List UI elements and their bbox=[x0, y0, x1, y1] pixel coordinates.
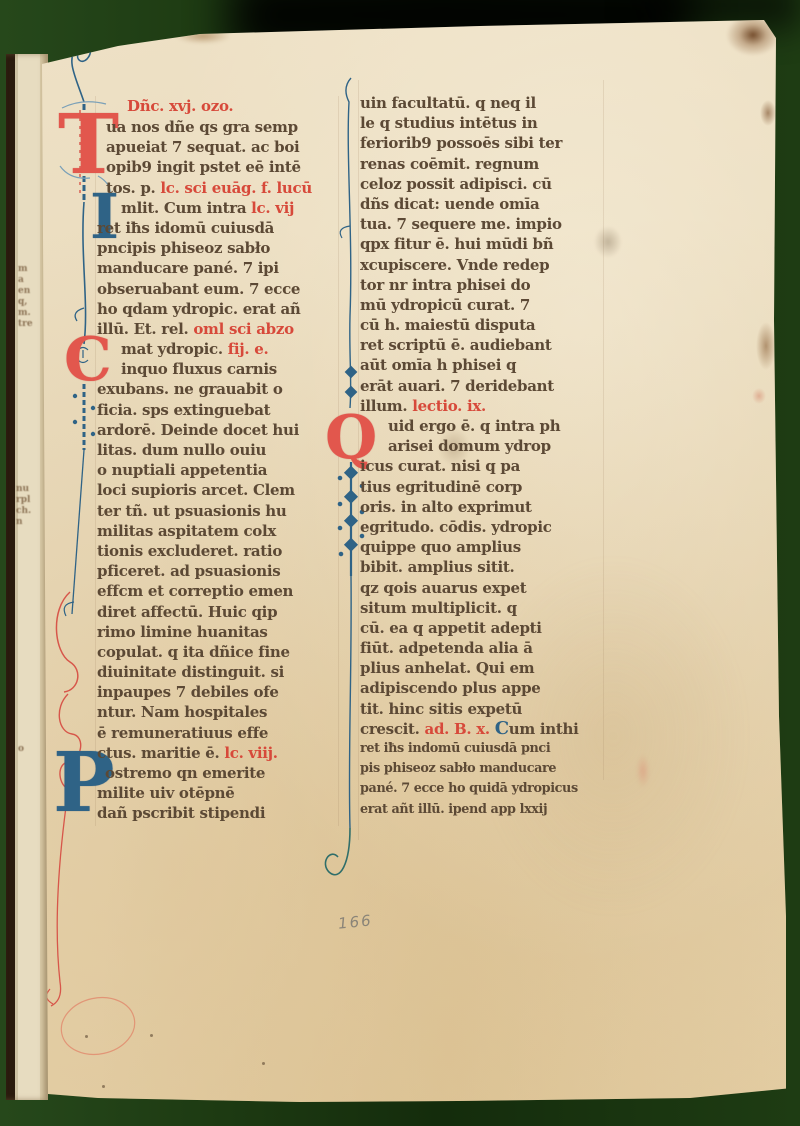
text-line: effcm et correptio emen bbox=[97, 581, 312, 601]
text-line: opib9 ingit pstet eē intē bbox=[97, 157, 312, 177]
text-line: tor nr intra phisei do bbox=[360, 275, 578, 295]
body-text: inquo fluxus carnis bbox=[121, 360, 277, 378]
body-text: icus curat. nisi q pa bbox=[360, 457, 520, 475]
body-text: dañ pscribit stipendi bbox=[97, 804, 265, 822]
body-text: ter tñ. ut psuasionis hu bbox=[97, 502, 287, 520]
text-line: ostremo qn emerite bbox=[97, 763, 312, 783]
body-text: loci supioris arcet. Clem bbox=[97, 481, 295, 499]
text-line: militas aspitatem colx bbox=[97, 521, 312, 541]
body-text: ostremo qn emerite bbox=[105, 764, 265, 782]
body-text: tua. 7 sequere me. impio bbox=[360, 215, 562, 233]
body-text: ho qdam ydropic. erat añ bbox=[97, 300, 301, 318]
body-text: apueiat 7 sequat. ac boi bbox=[106, 138, 299, 156]
rubric-text: lc. sci euāg. f. lucū bbox=[160, 179, 312, 197]
text-line: erāt auari. 7 deridebant bbox=[360, 376, 578, 396]
text-line: pficeret. ad psuasionis bbox=[97, 561, 312, 581]
body-text: erāt auari. 7 deridebant bbox=[360, 377, 554, 395]
text-line: tos. p. lc. sci euāg. f. lucū bbox=[97, 178, 312, 198]
text-line: mū ydropicū curat. 7 bbox=[360, 295, 578, 315]
body-text: um inthi bbox=[509, 720, 579, 738]
text-line: o nuptiali appetentia bbox=[97, 460, 312, 480]
text-line: ret iħs indomū cuiusdā pnci bbox=[360, 739, 578, 759]
body-text: tit. hinc sitis expetū bbox=[360, 700, 522, 718]
body-text: crescit. bbox=[360, 720, 425, 738]
body-text: militas aspitatem colx bbox=[97, 522, 276, 540]
body-text: copulat. q ita dñice fine bbox=[97, 643, 290, 661]
body-text: uid ergo ē. q intra ph bbox=[388, 417, 560, 435]
text-line: uid ergo ē. q intra ph bbox=[360, 416, 578, 436]
rubric-text: fij. e. bbox=[228, 340, 269, 358]
text-line: dañ pscribit stipendi bbox=[97, 803, 312, 823]
text-line: cū. ea q appetit adepti bbox=[360, 618, 578, 638]
body-text: ardorē. Deinde docet hui bbox=[97, 421, 299, 439]
photo-of-manuscript: { "page": { "folio_number": "166", "desc… bbox=[0, 0, 800, 1126]
text-line: tua. 7 sequere me. impio bbox=[360, 214, 578, 234]
body-text: tor nr intra phisei do bbox=[360, 276, 530, 294]
body-text: xcupiscere. Vnde redep bbox=[360, 256, 549, 274]
text-line: copulat. q ita dñice fine bbox=[97, 642, 312, 662]
body-text: manducare pané. 7 ipi bbox=[97, 259, 279, 277]
text-line: qz qois auarus expet bbox=[360, 578, 578, 598]
body-text: diuinitate distinguit. si bbox=[97, 663, 284, 681]
body-text: arisei domum ydrop bbox=[388, 437, 551, 455]
text-line: quippe quo amplius bbox=[360, 537, 578, 557]
text-line: crescit. ad. B. x. Cum inthi bbox=[360, 719, 578, 739]
text-line: mat ydropic. fij. e. bbox=[97, 339, 312, 359]
text-line: icus curat. nisi q pa bbox=[360, 456, 578, 476]
text-line: situm multiplicit. q bbox=[360, 598, 578, 618]
text-line: plius anhelat. Qui em bbox=[360, 658, 578, 678]
text-line: pané. 7 ecce ho quidā ydropicus bbox=[360, 779, 578, 799]
body-text: pficeret. ad psuasionis bbox=[97, 562, 280, 580]
text-line: qpx fitur ē. hui mūdi bñ bbox=[360, 234, 578, 254]
text-line: fiūt. adpetenda alia ā bbox=[360, 638, 578, 658]
text-line: ntur. Nam hospitales bbox=[97, 702, 312, 722]
body-text: quippe quo amplius bbox=[360, 538, 521, 556]
text-line: ardorē. Deinde docet hui bbox=[97, 420, 312, 440]
body-text: obseruabant eum. 7 ecce bbox=[97, 280, 300, 298]
text-line: pis phiseoz sabło manducare bbox=[360, 759, 578, 779]
page-stack-edge: m a en q, m. tre nu rpl ch. n o bbox=[6, 54, 48, 1100]
text-line: diret affectū. Huic qip bbox=[97, 602, 312, 622]
body-text: tius egritudinē corp bbox=[360, 478, 522, 496]
rubric-text: ad. B. x. bbox=[425, 720, 495, 738]
body-text: oris. in alto exprimut bbox=[360, 498, 532, 516]
text-line: tit. hinc sitis expetū bbox=[360, 699, 578, 719]
body-text: egritudo. cōdis. ydropic bbox=[360, 518, 552, 536]
bleed-through-text: o bbox=[18, 744, 24, 755]
text-line: exubans. ne grauabit o bbox=[97, 379, 312, 399]
body-text: fiūt. adpetenda alia ā bbox=[360, 639, 533, 657]
body-text: adipiscendo plus appe bbox=[360, 679, 541, 697]
body-text: mlit. Cum intra bbox=[121, 199, 251, 217]
text-line: uin facultatū. q neq il bbox=[360, 93, 578, 113]
body-text: dñs dicat: uende omīa bbox=[360, 195, 539, 213]
text-line: ua nos dñe qs gra semp bbox=[97, 117, 312, 137]
body-text: cū. ea q appetit adepti bbox=[360, 619, 542, 637]
text-line: inquo fluxus carnis bbox=[97, 359, 312, 379]
body-text: aūt omīa h phisei q bbox=[360, 356, 516, 374]
text-line: tionis excluderet. ratio bbox=[97, 541, 312, 561]
text-line: tius egritudinē corp bbox=[360, 477, 578, 497]
blue-initial-inline: C bbox=[495, 718, 509, 739]
body-text: ret iħs indomū cuiusdā pnci bbox=[360, 741, 550, 756]
body-text: effcm et correptio emen bbox=[97, 582, 293, 600]
text-line: rimo limine huanitas bbox=[97, 622, 312, 642]
text-line: milite uiv otēpnē bbox=[97, 783, 312, 803]
text-line: adipiscendo plus appe bbox=[360, 678, 578, 698]
body-text: feriorib9 possoēs sibi ter bbox=[360, 134, 562, 152]
body-text: pané. 7 ecce ho quidā ydropicus bbox=[360, 781, 578, 796]
text-line: arisei domum ydrop bbox=[360, 436, 578, 456]
bleed-through-text: nu rpl ch. n bbox=[16, 484, 31, 528]
body-text: bibit. amplius sitit. bbox=[360, 558, 514, 576]
body-text: qz qois auarus expet bbox=[360, 579, 526, 597]
text-line: renas coēmit. regnum bbox=[360, 154, 578, 174]
folio-number: 166 bbox=[337, 911, 373, 933]
body-text: exubans. ne grauabit o bbox=[97, 380, 283, 398]
text-line: pncipis phiseoz sabło bbox=[97, 238, 312, 258]
rubric-text: oml sci abzo bbox=[193, 320, 293, 338]
body-text: ficia. sps extinguebat bbox=[97, 401, 270, 419]
body-text: qpx fitur ē. hui mūdi bñ bbox=[360, 235, 553, 253]
text-line: celoz possit adipisci. cū bbox=[360, 174, 578, 194]
body-text: rimo limine huanitas bbox=[97, 623, 268, 641]
body-text: inpaupes 7 debiles ofe bbox=[97, 683, 279, 701]
body-text: ret scriptū ē. audiebant bbox=[360, 336, 552, 354]
text-line: ficia. sps extinguebat bbox=[97, 400, 312, 420]
body-text: mū ydropicū curat. 7 bbox=[360, 296, 530, 314]
text-line: ē remuneratiuus effe bbox=[97, 723, 312, 743]
rubric-text: lectio. ix. bbox=[412, 397, 486, 415]
text-line: loci supioris arcet. Clem bbox=[97, 480, 312, 500]
body-text: opib9 ingit pstet eē intē bbox=[106, 158, 301, 176]
text-line: inpaupes 7 debiles ofe bbox=[97, 682, 312, 702]
body-text: mat ydropic. bbox=[121, 340, 228, 358]
body-text: pncipis phiseoz sabło bbox=[97, 239, 270, 257]
text-line: ret scriptū ē. audiebant bbox=[360, 335, 578, 355]
body-text: le q studius intētus in bbox=[360, 114, 538, 132]
rubric-text: lc. vij bbox=[251, 199, 294, 217]
body-text: ret iħs idomū cuiusdā bbox=[97, 219, 274, 237]
text-line: mlit. Cum intra lc. vij bbox=[97, 198, 312, 218]
rubric-heading: Dñc. xvj. ozo. bbox=[97, 96, 312, 117]
body-text: tionis excluderet. ratio bbox=[97, 542, 282, 560]
text-line: xcupiscere. Vnde redep bbox=[360, 255, 578, 275]
body-text: ua nos dñe qs gra semp bbox=[106, 118, 298, 136]
text-line: ter tñ. ut psuasionis hu bbox=[97, 501, 312, 521]
body-text: plius anhelat. Qui em bbox=[360, 659, 534, 677]
text-line: diuinitate distinguit. si bbox=[97, 662, 312, 682]
rubric-text: lc. viij. bbox=[224, 744, 277, 762]
body-text: illū. Et. rel. bbox=[97, 320, 193, 338]
text-line: illū. Et. rel. oml sci abzo bbox=[97, 319, 312, 339]
text-line: aūt omīa h phisei q bbox=[360, 355, 578, 375]
text-line: manducare pané. 7 ipi bbox=[97, 258, 312, 278]
text-line: illum. lectio. ix. bbox=[360, 396, 578, 416]
text-line: erat añt illū. ipend app lxxij bbox=[360, 800, 578, 820]
text-line: oris. in alto exprimut bbox=[360, 497, 578, 517]
left-text-column: Dñc. xvj. ozo. ua nos dñe qs gra sempapu… bbox=[97, 96, 312, 824]
body-text: cū h. maiestū disputa bbox=[360, 316, 535, 334]
text-line: ret iħs idomū cuiusdā bbox=[97, 218, 312, 238]
body-text: pis phiseoz sabło manducare bbox=[360, 761, 556, 776]
body-text: situm multiplicit. q bbox=[360, 599, 517, 617]
text-line: apueiat 7 sequat. ac boi bbox=[97, 137, 312, 157]
text-line: cū h. maiestū disputa bbox=[360, 315, 578, 335]
body-text: o nuptiali appetentia bbox=[97, 461, 267, 479]
body-text: celoz possit adipisci. cū bbox=[360, 175, 552, 193]
body-text: illum. bbox=[360, 397, 412, 415]
right-text-column: uin facultatū. q neq ille q studius intē… bbox=[360, 93, 578, 820]
body-text: diret affectū. Huic qip bbox=[97, 603, 277, 621]
text-line: egritudo. cōdis. ydropic bbox=[360, 517, 578, 537]
text-line: litas. dum nullo ouiu bbox=[97, 440, 312, 460]
text-line: ho qdam ydropic. erat añ bbox=[97, 299, 312, 319]
body-text: renas coēmit. regnum bbox=[360, 155, 539, 173]
manuscript-page: T I C P Q Dñc. xvj. ozo. ua nos dñe qs g… bbox=[38, 16, 786, 1110]
body-text: ntur. Nam hospitales bbox=[97, 703, 267, 721]
text-line: obseruabant eum. 7 ecce bbox=[97, 279, 312, 299]
body-text: milite uiv otēpnē bbox=[97, 784, 235, 802]
body-text: erat añt illū. ipend app lxxij bbox=[360, 802, 547, 817]
body-text: tos. p. bbox=[106, 179, 160, 197]
body-text: litas. dum nullo ouiu bbox=[97, 441, 266, 459]
text-line: bibit. amplius sitit. bbox=[360, 557, 578, 577]
bleed-through-text: m a en q, m. tre bbox=[18, 264, 33, 330]
text-line: le q studius intētus in bbox=[360, 113, 578, 133]
text-line: dñs dicat: uende omīa bbox=[360, 194, 578, 214]
body-text: ē remuneratiuus effe bbox=[97, 724, 268, 742]
body-text: uin facultatū. q neq il bbox=[360, 94, 536, 112]
text-line: ctus. maritie ē. lc. viij. bbox=[97, 743, 312, 763]
body-text: ctus. maritie ē. bbox=[97, 744, 224, 762]
text-line: feriorib9 possoēs sibi ter bbox=[360, 133, 578, 153]
